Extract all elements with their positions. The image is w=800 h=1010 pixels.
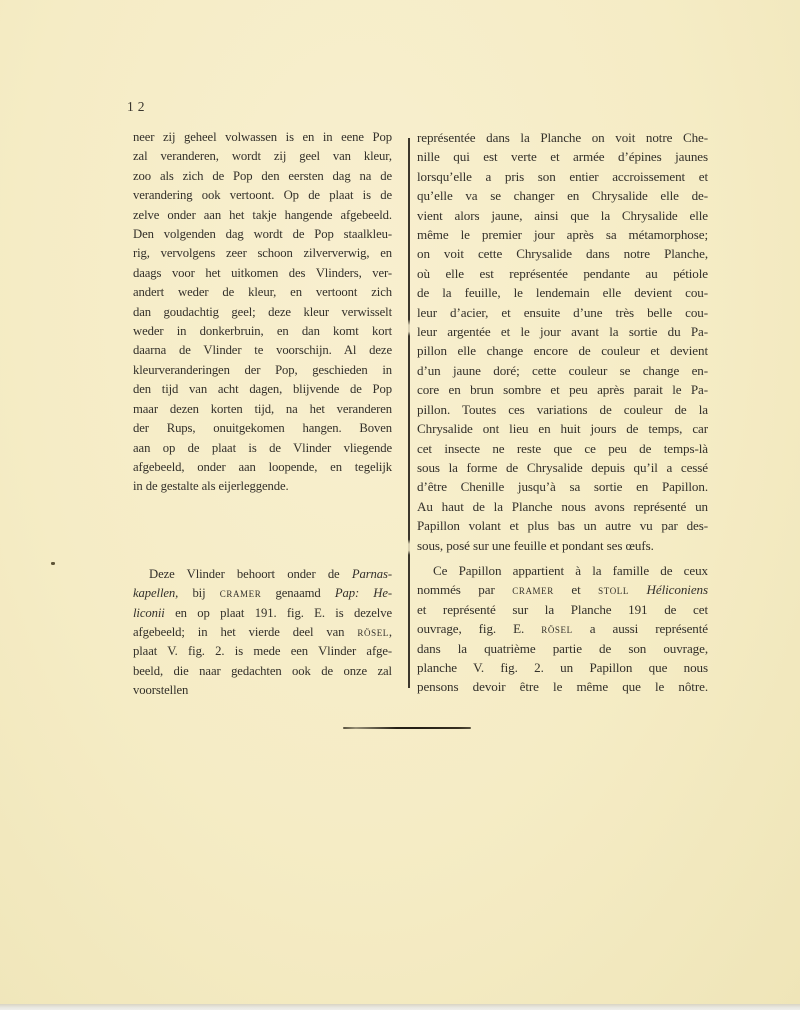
text-line: dan goudachtig geel; deze kleur verwisse… [133,303,392,322]
small-caps-name: cramer [512,582,554,597]
text-line: d’être Chenille jusqu’à sa sortie en Pap… [417,477,708,496]
text-run: cet insecte ne reste que ce peu de temps… [417,441,708,456]
small-caps-name: rösel [541,621,573,636]
text-run: qu’elle va se changer en Chrysalide elle… [417,188,708,203]
text-run: en op plaat 191. fig. E. is dezelve [165,606,392,620]
text-line: on voit cette Chrysalide dans notre Plan… [417,244,708,263]
text-line: daarna de Vlinder te voorschijn. Al deze [133,341,392,360]
paragraph: représentée dans la Planche on voit notr… [417,128,708,555]
text-line: Deze Vlinder behoort onder de Parnas- [133,565,392,584]
text-run: a aussi représenté [573,621,708,636]
text-line: kapellen, bij cramer genaamd Pap: He- [133,584,392,603]
text-line: neer zij geheel volwassen is en in eene … [133,128,392,147]
text-run: afgebeeld, onder aan loopende, en tegeli… [133,460,392,474]
text-line: in de gestalte als eijerleggende. [133,477,392,496]
text-run: genaamd [261,586,334,600]
text-run: daarna de Vlinder te voorschijn. Al deze [133,343,392,357]
text-run: on voit cette Chrysalide dans notre Plan… [417,246,708,261]
text-line: et représenté sur la Planche 191 de cet [417,600,708,619]
text-line: où elle est représentée pendante au péti… [417,264,708,283]
text-line: daags voor het uitkomen des Vlinders, ve… [133,264,392,283]
text-run: bij [178,586,219,600]
text-run: vient alors jaune, ainsi que la Chrysali… [417,208,708,223]
text-line: représentée dans la Planche on voit notr… [417,128,708,147]
text-line: nille qui est verte et armée d’épines ja… [417,147,708,166]
text-line: cet insecte ne reste que ce peu de temps… [417,439,708,458]
text-run: et [554,582,598,597]
text-run: afgebeeld; in het vierde deel van [133,625,357,639]
text-line: afgebeeld, onder aan loopende, en tegeli… [133,458,392,477]
italic-text: liconii [133,606,165,620]
text-run: pillon. Toutes ces variations de couleur… [417,402,708,417]
text-line: même le premier jour après sa métamorpho… [417,225,708,244]
text-run [629,582,647,597]
text-run: aan op de plaat is de Vlinder vliegende [133,441,392,455]
text-line: nommés par cramer et stoll Héliconiens [417,580,708,599]
text-run: représentée dans la Planche on voit notr… [417,130,708,145]
text-line: weder in donkerbruin, en dan komt kort [133,322,392,341]
text-run: ouvrage, fig. E. [417,621,541,636]
text-run: kleurveranderingen der Pop, geschieden i… [133,363,392,377]
text-line: voorstellen [133,681,392,700]
text-line: Ce Papillon appartient à la famille de c… [417,561,708,580]
text-run: core en brun sombre et peu après parait … [417,382,708,397]
text-run: planche V. fig. 2. un Papillon que nous [417,660,708,675]
text-run: Deze Vlinder behoort onder de [149,567,352,581]
text-line: zelve onder aan het takje hangende afgeb… [133,206,392,225]
text-run: verandering ook vertoont. Op de plaat is… [133,188,392,202]
text-run: der Rups, onuitgekomen hangen. Boven [133,421,392,435]
text-line: pillon elle change encore de couleur et … [417,341,708,360]
text-run: zal veranderen, wordt zij geel van kleur… [133,149,392,163]
text-run: zelve onder aan het takje hangende afgeb… [133,208,392,222]
text-run: d’un jaune doré; cette couleur se change… [417,363,708,378]
text-run: pillon elle change encore de couleur et … [417,343,708,358]
scan-bottom-edge [0,1004,800,1010]
text-run: maar dezen korten tijd, na het verandere… [133,402,392,416]
text-run: de la feuille, le lendemain elle devient… [417,285,708,300]
italic-text: kapellen, [133,586,178,600]
text-line: sous la forme de Chrysalide depuis qu’il… [417,458,708,477]
small-caps-name: cramer [220,586,262,600]
section-end-rule [343,727,471,729]
text-run: in de gestalte als eijerleggende. [133,479,289,493]
text-run: leur argentée et le jour avant la sortie… [417,324,708,339]
text-run: daags voor het uitkomen des Vlinders, ve… [133,266,392,280]
text-line: Au haut de la Planche nous avons représe… [417,497,708,516]
text-line: zoo als zich de Pop den eersten dag na d… [133,167,392,186]
paragraph: neer zij geheel volwassen is en in eene … [133,128,392,497]
paragraph: Deze Vlinder behoort onder de Parnas-kap… [133,565,392,701]
text-line: core en brun sombre et peu après parait … [417,380,708,399]
text-run: den tijd van acht dagen, blijvende de Po… [133,382,392,396]
book-page: 12 neer zij geheel volwassen is en in ee… [0,0,800,1010]
italic-text: Pap: He- [335,586,392,600]
text-run: , [389,625,392,639]
text-run: sous la forme de Chrysalide depuis qu’il… [417,460,708,475]
page-number: 12 [127,99,149,115]
small-caps-name: rösel [357,625,389,639]
text-run: sous, posé sur une feuille et pondant se… [417,538,654,553]
text-run: neer zij geheel volwassen is en in eene … [133,130,392,144]
text-run: Papillon volant et plus bas un autre vu … [417,518,708,533]
text-line: aan op de plaat is de Vlinder vliegende [133,439,392,458]
text-run: andert weder de kleur, en vertoont zich [133,285,392,299]
text-run: Ce Papillon appartient à la famille de c… [433,563,708,578]
text-line: ouvrage, fig. E. rösel a aussi représent… [417,619,708,638]
text-line: de la feuille, le lendemain elle devient… [417,283,708,302]
text-run: leur d’acier, et ensuite d’une très bell… [417,305,708,320]
small-caps-name: stoll [598,582,629,597]
text-line: kleurveranderingen der Pop, geschieden i… [133,361,392,380]
text-line: plaat V. fig. 2. is mede een Vlinder afg… [133,642,392,661]
text-line: planche V. fig. 2. un Papillon que nous [417,658,708,677]
text-run: Au haut de la Planche nous avons représe… [417,499,708,514]
left-column: neer zij geheel volwassen is en in eene … [133,128,392,701]
ink-speck [51,562,55,565]
text-line: leur d’acier, et ensuite d’une très bell… [417,303,708,322]
text-line: Den volgenden dag wordt de Pop staalkleu… [133,225,392,244]
text-run: pensons devoir être le même que le nôtre… [417,679,708,694]
paragraph: Ce Papillon appartient à la famille de c… [417,561,708,697]
text-line: verandering ook vertoont. Op de plaat is… [133,186,392,205]
text-line: den tijd van acht dagen, blijvende de Po… [133,380,392,399]
text-run: lorsqu’elle a pris son entier accroissem… [417,169,708,184]
text-line: liconii en op plaat 191. fig. E. is deze… [133,604,392,623]
text-run: dans la quatrième partie de son ouvrage, [417,641,708,656]
text-line: Chrysalide ont lieu en huit jours de tem… [417,419,708,438]
text-run: et représenté sur la Planche 191 de cet [417,602,708,617]
text-run: d’être Chenille jusqu’à sa sortie en Pap… [417,479,708,494]
text-run: rig, vervolgens zeer schoon zilververwig… [133,246,392,260]
text-run: dan goudachtig geel; deze kleur verwisse… [133,305,392,319]
text-line: zal veranderen, wordt zij geel van kleur… [133,147,392,166]
text-run: voorstellen [133,683,188,697]
text-line: vient alors jaune, ainsi que la Chrysali… [417,206,708,225]
column-divider-rule [408,138,410,688]
text-line: d’un jaune doré; cette couleur se change… [417,361,708,380]
text-run: weder in donkerbruin, en dan komt kort [133,324,392,338]
text-run: même le premier jour après sa métamorpho… [417,227,708,242]
text-run: beeld, die naar gedachten ook de onze za… [133,664,392,678]
text-run: Chrysalide ont lieu en huit jours de tem… [417,421,708,436]
text-line: leur argentée et le jour avant la sortie… [417,322,708,341]
text-line: Papillon volant et plus bas un autre vu … [417,516,708,535]
text-line: beeld, die naar gedachten ook de onze za… [133,662,392,681]
text-line: pillon. Toutes ces variations de couleur… [417,400,708,419]
text-line: pensons devoir être le même que le nôtre… [417,677,708,696]
text-line: rig, vervolgens zeer schoon zilververwig… [133,244,392,263]
text-line: qu’elle va se changer en Chrysalide elle… [417,186,708,205]
text-line: andert weder de kleur, en vertoont zich [133,283,392,302]
text-line: dans la quatrième partie de son ouvrage, [417,639,708,658]
text-run: Den volgenden dag wordt de Pop staalkleu… [133,227,392,241]
text-line: lorsqu’elle a pris son entier accroissem… [417,167,708,186]
text-run: zoo als zich de Pop den eersten dag na d… [133,169,392,183]
text-line: maar dezen korten tijd, na het verandere… [133,400,392,419]
text-run: où elle est représentée pendante au péti… [417,266,708,281]
text-run: nille qui est verte et armée d’épines ja… [417,149,708,164]
right-column: représentée dans la Planche on voit notr… [417,128,708,697]
text-line: afgebeeld; in het vierde deel van rösel, [133,623,392,642]
text-run: plaat V. fig. 2. is mede een Vlinder afg… [133,644,392,658]
italic-text: Héliconiens [647,582,708,597]
text-line: sous, posé sur une feuille et pondant se… [417,536,708,555]
text-line: der Rups, onuitgekomen hangen. Boven [133,419,392,438]
italic-text: Parnas- [352,567,392,581]
text-run: nommés par [417,582,512,597]
